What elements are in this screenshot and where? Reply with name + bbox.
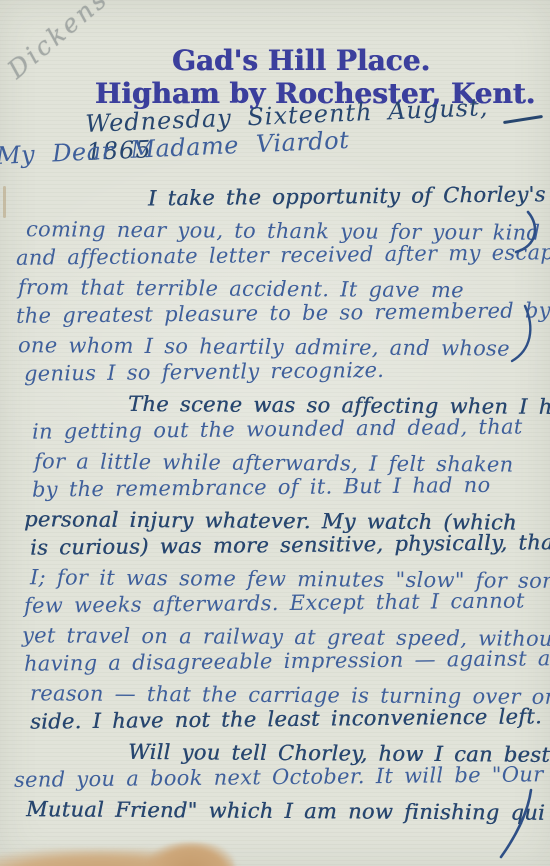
body-line: and affectionate letter received after m…	[0, 238, 550, 273]
body-line: Mutual Friend" which I am now finishing …	[0, 795, 550, 828]
paper-stain-bump	[148, 842, 234, 866]
body-line: is curious) was more sensitive, physical…	[0, 528, 550, 563]
letter-page: Dickens Gad's Hill Place. Higham by Roch…	[0, 0, 550, 866]
body-line: side. I have not the least inconvenience…	[0, 702, 550, 737]
paper-edge-mark	[3, 186, 6, 218]
body-line: by the remembrance of it. But I had no	[0, 470, 550, 505]
body-line: send you a book next October. It will be…	[0, 760, 550, 795]
body-line: I take the opportunity of Chorley's	[0, 180, 550, 215]
body-line: few weeks afterwards. Except that I cann…	[0, 586, 550, 621]
body-line: having a disagreeable impression — again…	[0, 644, 550, 679]
letterhead-line1: Gad's Hill Place.	[26, 44, 550, 77]
body-line: in getting out the wounded and dead, tha…	[0, 412, 550, 447]
letter-body: I take the opportunity of Chorley's comi…	[0, 186, 550, 824]
body-line: the greatest pleasure to be so remembere…	[0, 296, 550, 331]
body-line: genius I so fervently recognize.	[0, 354, 550, 389]
